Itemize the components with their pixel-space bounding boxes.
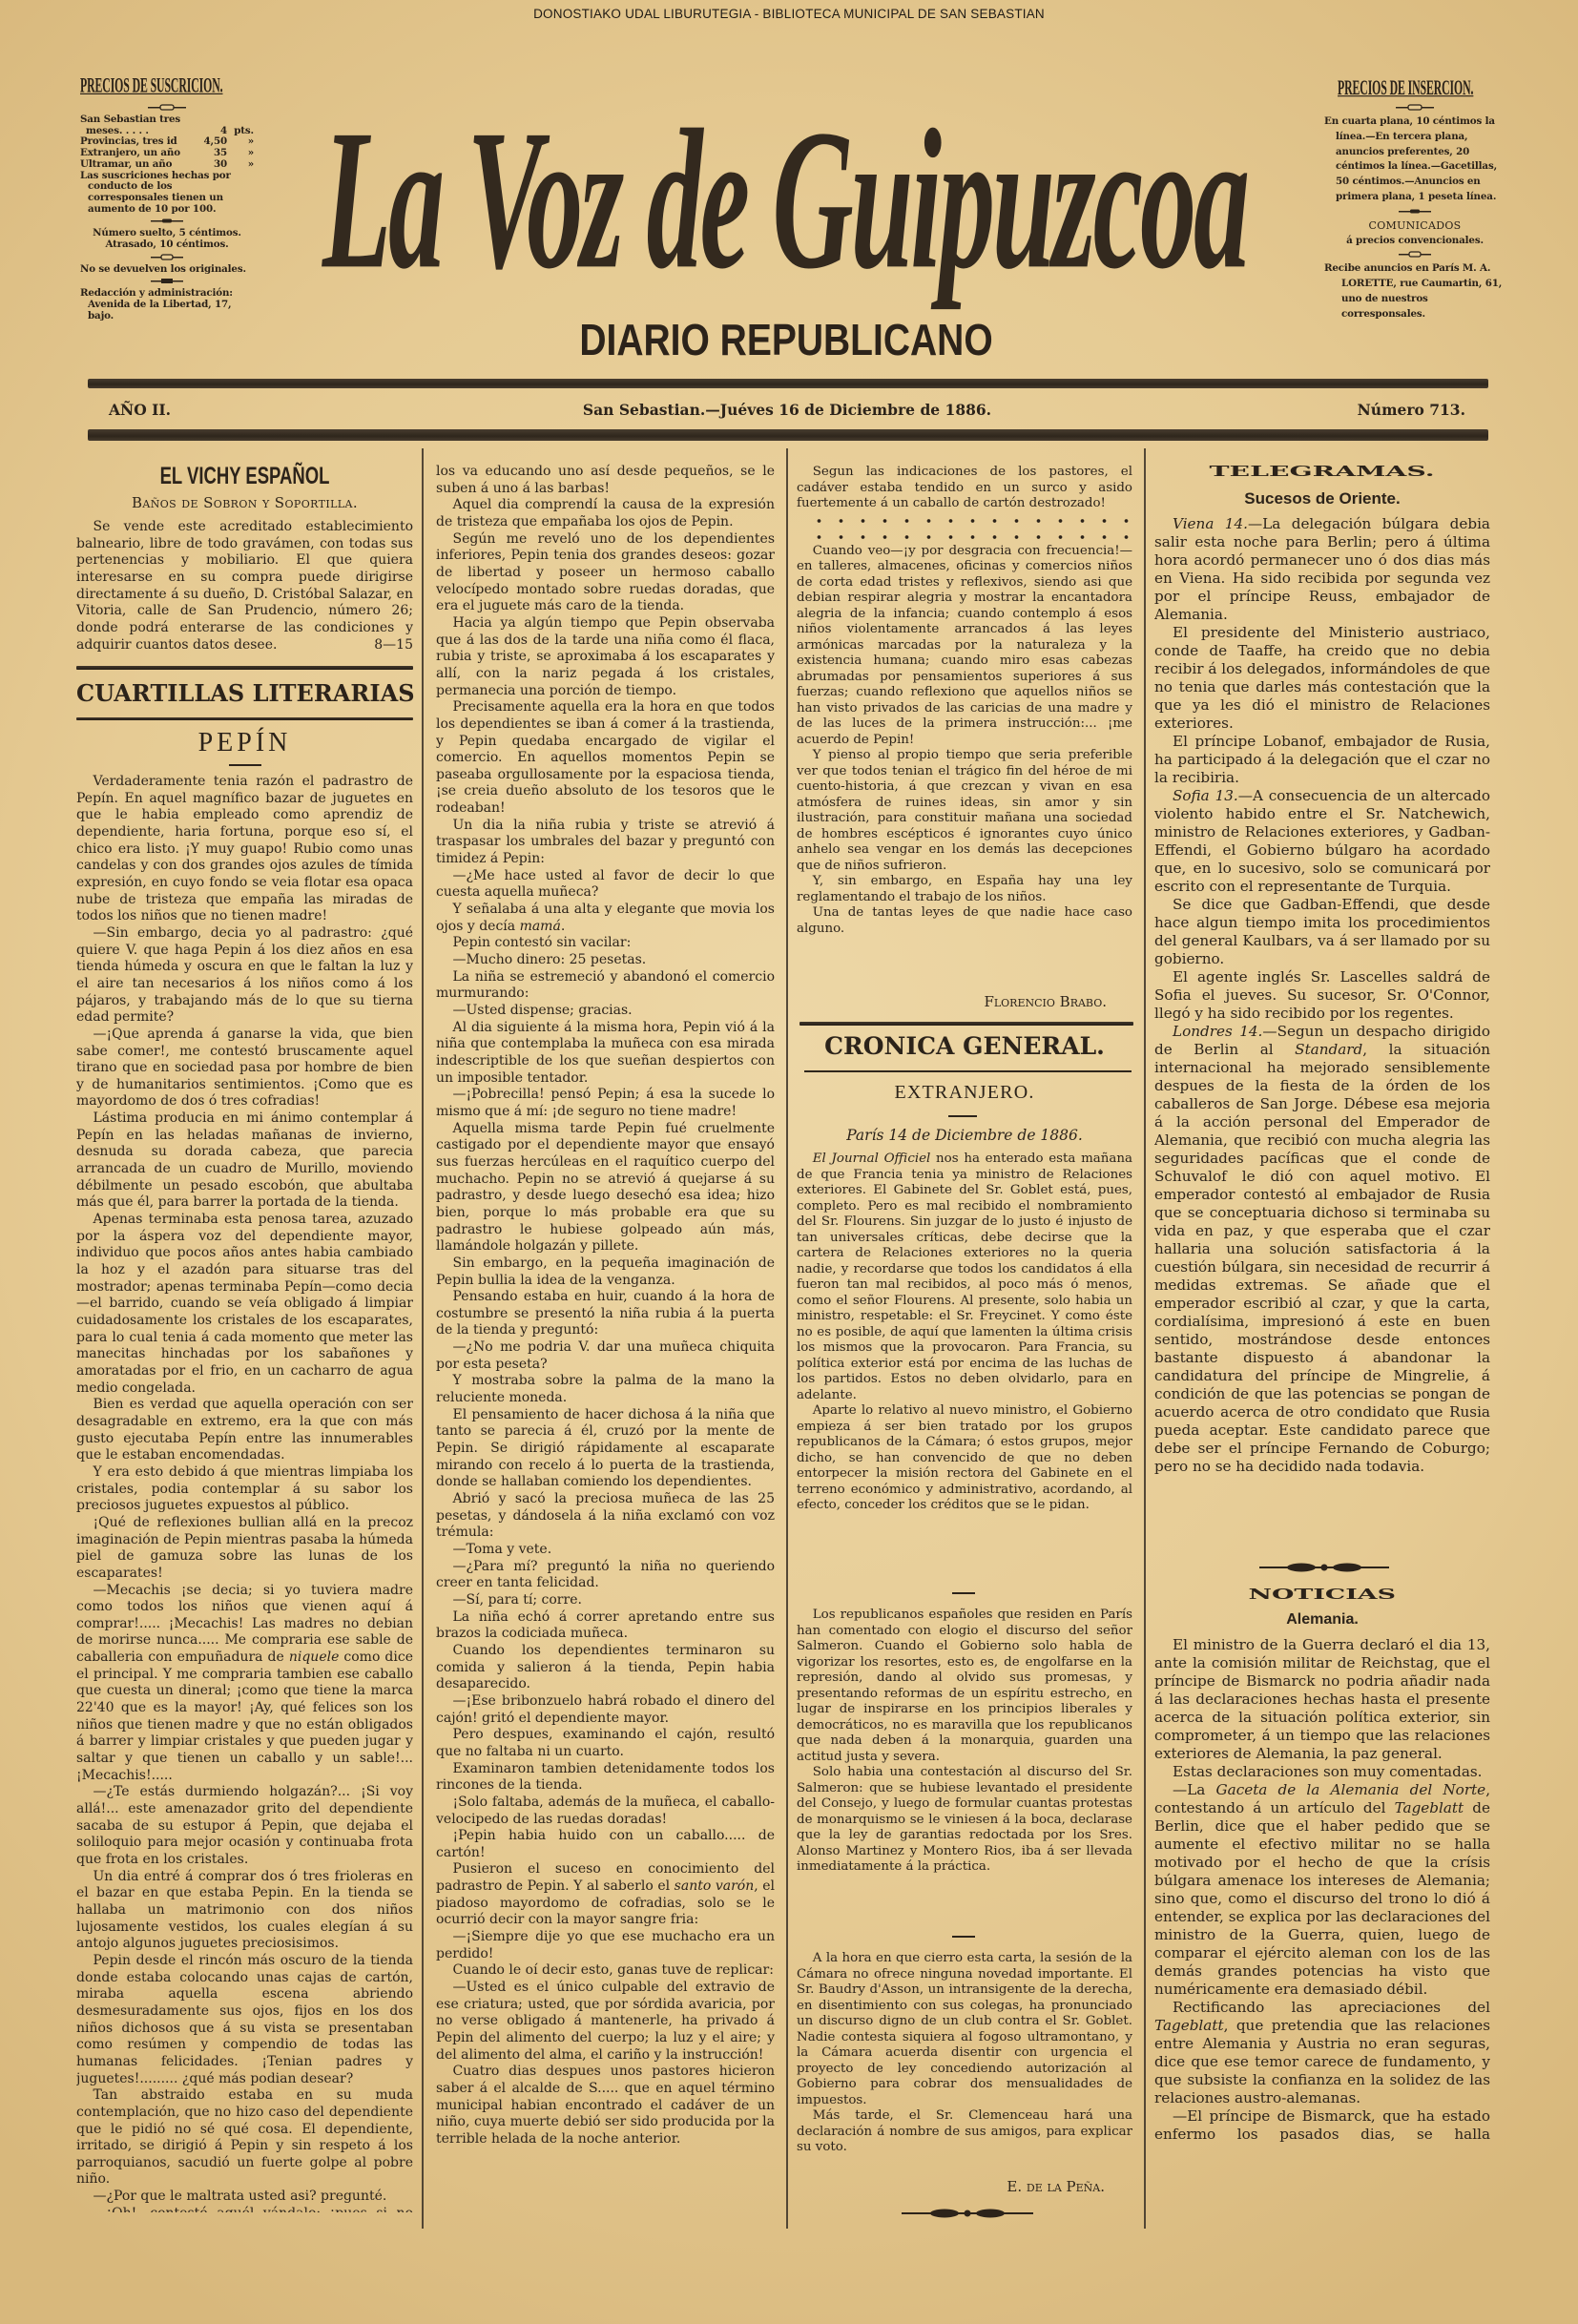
telegrams-body: Viena 14.—La delegación búlgara debia sa… (1154, 515, 1490, 1548)
newspaper-title: La Voz de Guipuzcoa (322, 99, 1247, 300)
paragraph: Pusieron el suceso en conocimiento del p… (436, 1861, 775, 1929)
paragraph: Cuando le oí decir esto, ganas tuve de r… (436, 1962, 775, 1980)
paragraph: Y señalaba á una alta y elegante que mov… (436, 902, 775, 935)
paragraph: El Journal Officiel nos ha enterado esta… (797, 1152, 1132, 1403)
back-issue-price: Atrasado, 10 céntimos. (80, 239, 254, 251)
subscription-note: Las suscriciones hechas por conducto de … (80, 171, 254, 216)
masthead-title-area: La Voz de Guipuzcoa (272, 93, 1298, 307)
news-body: El ministro de la Guerra declaró el dia … (1154, 1636, 1490, 2218)
paragraph: Viena 14.—La delegación búlgara debia sa… (1154, 515, 1490, 624)
italic-text: El Journal Officiel (813, 1152, 931, 1166)
rate-row: Ultramar, un año 30 » (80, 159, 254, 171)
italic-text: Tageblatt (1154, 2017, 1224, 2034)
dotted-separator (797, 512, 1132, 544)
paragraph: El pensamiento de hacer dichosa á la niñ… (436, 1407, 775, 1491)
news-heading: NOTICIAS (1154, 1587, 1490, 1603)
paragraph: Pepin contestó sin vacilar: (436, 935, 775, 952)
rate-unit: » (227, 159, 254, 171)
small-ornament-icon (148, 104, 186, 111)
paragraph: —¡Que aprenda á ganarse la vida, que bie… (76, 1027, 413, 1110)
paragraph: Abrió y sacó la preciosa muñeca de las 2… (436, 1491, 775, 1542)
cronica-part-2: Los republicanos españoles que residen e… (797, 1608, 1132, 1928)
place-and-date: San Sebastian.—Juéves 16 de Diciembre de… (534, 401, 1040, 420)
telegrams-subheading: Sucesos de Oriente. (1154, 489, 1490, 508)
paragraph: —Mecachis ¡se decia; si yo tuviera madre… (76, 1583, 413, 1785)
communiques-text: á precios convencionales. (1324, 234, 1505, 249)
paragraph: —Usted dispense; gracias. (436, 1003, 775, 1020)
telegrams-heading-text: TELEGRAMAS. (1210, 465, 1435, 480)
paragraph: El agente inglés Sr. Lascelles saldrá de… (1154, 968, 1490, 1023)
paris-agent-notice: Recibe anuncios en París M. A. LORETTE, … (1324, 261, 1505, 322)
paragraph: Más tarde, el Sr. Clemenceau hará una de… (797, 2108, 1132, 2156)
advert-title: EL VICHY ESPAÑOL (120, 464, 369, 488)
paragraph: Solo habia una contestación al discurso … (797, 1765, 1132, 1876)
story-column-3: Segun las indicaciones de los pastores, … (797, 465, 1132, 989)
insertion-prices-box: PRECIOS DE INSERCION. En cuarta plana, 1… (1324, 80, 1505, 322)
paragraph: Se dice que Gadban-Effendi, que desde ha… (1154, 896, 1490, 968)
rate-place: San Sebastian tres meses. . . . . (80, 114, 195, 136)
paragraph: —¿Me hace usted al favor de decir lo que… (436, 868, 775, 902)
paragraph: —Sin embargo, decia yo al padrastro: ¿qu… (76, 925, 413, 1027)
archive-credit: DONOSTIAKO UDAL LIBURUTEGIA - BIBLIOTECA… (0, 7, 1578, 21)
paragraph: Rectificando las apreciaciones del Tageb… (1154, 1999, 1490, 2107)
newspaper-subtitle: DIARIO REPUBLICANO (569, 319, 1004, 363)
advert-body: Se vende este acreditado establecimiento… (76, 519, 413, 654)
paragraph: Y era esto debido á que mientras limpiab… (76, 1464, 413, 1515)
paragraph: —¿No me podria V. dar una muñeca chiquit… (436, 1339, 775, 1373)
paragraph: A la hora en que cierro esta carta, la s… (797, 1951, 1132, 2108)
section-rule (76, 717, 413, 720)
small-ornament-icon (1399, 208, 1431, 215)
section-rule (804, 1070, 1132, 1072)
subscription-prices-box: PRECIOS DE SUSCRICION. San Sebastian tre… (80, 80, 254, 322)
italic-text: mamá (520, 919, 561, 934)
story-column-2: los va educando uno así desde pequeños, … (436, 464, 775, 2221)
italic-text: santo varón (675, 1878, 755, 1894)
paragraph: —¿Por que le maltrata usted asi? pregunt… (76, 2189, 413, 2206)
masthead-rule-bottom (88, 429, 1488, 441)
cronica-part-3: A la hora en que cierro esta carta, la s… (797, 1951, 1132, 2172)
small-ornament-icon (1399, 251, 1431, 258)
masthead-rule-top (88, 379, 1488, 388)
originals-notice: No se devuelven los originales. (80, 264, 254, 276)
correspondence-dateline: París 14 de Diciembre de 1886. (797, 1127, 1132, 1144)
paragraph: ¡Qué de reflexiones bullian allá en la p… (76, 1515, 413, 1583)
paragraph: Examinaron tambien detenidamente todos l… (436, 1761, 775, 1795)
rate-place: Ultramar, un año (80, 159, 195, 171)
small-ornament-icon (151, 278, 183, 284)
paragraph: Verdaderamente tenia razón el padrastro … (76, 774, 413, 925)
paragraph: Tan abstraido estaba en su muda contempl… (76, 2087, 413, 2189)
italic-text: Standard (1295, 1041, 1362, 1058)
section-rule (799, 1022, 1133, 1026)
paragraph: Una de tantas leyes de que nadie hace ca… (797, 905, 1132, 937)
paragraph: Apenas terminaba esta penosa tarea, azuz… (76, 1212, 413, 1397)
advert-subtitle: Baños de Sobron y Soportilla. (76, 494, 413, 511)
paragraph: Y pienso al propio tiempo que seria pref… (797, 748, 1132, 874)
office-address: Redacción y administración: Avenida de l… (80, 288, 254, 322)
advert-code: 8—15 (374, 637, 413, 654)
issue-number: Número 713. (1317, 401, 1465, 420)
rate-row: San Sebastian tres meses. . . . . 4 pts. (80, 114, 254, 136)
paragraph: Pensando estaba en huir, cuando á la hor… (436, 1289, 775, 1339)
paragraph: Cuatro dias despues unos pastores hicier… (436, 2064, 775, 2148)
paragraph: La niña se estremeció y abandonó el come… (436, 969, 775, 1003)
column-rule (1144, 448, 1146, 2229)
paragraph: ¡Pepin habia huido con un caballo..... d… (436, 1828, 775, 1861)
paragraph: —¡Pobrecilla! pensó Pepin; á esa la suce… (436, 1087, 775, 1120)
paragraph: —¡Ese bribonzuelo habrá robado el dinero… (436, 1693, 775, 1727)
paragraph: La niña echó á correr apretando entre su… (436, 1609, 775, 1643)
paragraph: —¿Te estás durmiendo holgazán?... ¡Si vo… (76, 1784, 413, 1868)
insertion-prices-title: PRECIOS DE INSERCION. (1338, 80, 1442, 104)
paragraph: Sin embargo, en la pequeña imaginación d… (436, 1255, 775, 1289)
story-epilogue: Cuando veo—¡y por desgracia con frecuenc… (797, 544, 1132, 938)
advert-paragraph: Se vende este acreditado establecimiento… (76, 519, 413, 654)
heading-dash (948, 1115, 977, 1117)
advert-text: Se vende este acreditado establecimiento… (76, 519, 413, 653)
paragraph: Hacia ya algún tiempo que Pepin observab… (436, 615, 775, 699)
story-ending: Segun las indicaciones de los pastores, … (797, 465, 1132, 512)
telegrams-heading: TELEGRAMAS. (1154, 465, 1490, 480)
paragraph-dash (952, 1592, 975, 1594)
column-rule (786, 448, 788, 2229)
paragraph: Cuando veo—¡y por desgracia con frecuenc… (797, 544, 1132, 749)
paragraph: Estas declaraciones son muy comentadas. (1154, 1763, 1490, 1781)
rate-price: 30 (195, 159, 227, 171)
paragraph: ¡Solo faltaba, además de la muñeca, el c… (436, 1795, 775, 1828)
paragraph: Precisamente aquella era la hora en que … (436, 699, 775, 818)
ornament-divider-icon (1259, 1562, 1389, 1573)
paragraph: Aquella misma tarde Pepin fué cruelmente… (436, 1121, 775, 1255)
paragraph: Aquel dia comprendí la causa de la expre… (436, 497, 775, 530)
ornament-divider-icon (902, 2208, 1033, 2219)
paragraph: —El príncipe de Bismarck, que ha estado … (1154, 2107, 1490, 2144)
paragraph: —Sí, para tí; corre. (436, 1592, 775, 1609)
paragraph: Cuando los dependientes terminaron su co… (436, 1643, 775, 1693)
column-rule (422, 448, 424, 2229)
italic-text: Viena 14. (1173, 515, 1248, 532)
small-ornament-icon (151, 218, 183, 224)
cronica-author: E. de la Peña. (797, 2178, 1105, 2195)
paragraph: —Usted es el único culpable del extravio… (436, 1980, 775, 2064)
news-heading-text: NOTICIAS (1249, 1587, 1397, 1603)
communiques-title: COMUNICADOS (1324, 218, 1505, 234)
small-ornament-icon (1396, 104, 1434, 111)
section-rule (76, 666, 413, 670)
paragraph: Londres 14.—Segun un despacho dirigido d… (1154, 1023, 1490, 1476)
insertion-rates: En cuarta plana, 10 céntimos la línea.—E… (1324, 114, 1505, 205)
literary-section-heading: CUARTILLAS LITERARIAS (76, 680, 413, 707)
cronica-part-1: El Journal Officiel nos ha enterado esta… (797, 1152, 1132, 1586)
paragraph: Lástima producia en mi ánimo contemplar … (76, 1110, 413, 1212)
subscription-prices-title: PRECIOS DE SUSCRICION. (80, 80, 188, 104)
volume-year: AÑO II. (109, 401, 171, 420)
italic-text: niquele (289, 1650, 340, 1665)
paragraph: Pepin desde el rincón más oscuro de la t… (76, 1953, 413, 2087)
italic-text: Tageblatt (1395, 1799, 1464, 1816)
paragraph: Sofia 13.—A consecuencia de un altercado… (1154, 787, 1490, 896)
paragraph: Un dia la niña rubia y triste se atrevió… (436, 818, 775, 868)
paragraph: Un dia entré á comprar dos ó tres friole… (76, 1869, 413, 1953)
story-title: PEPÍN (76, 729, 413, 757)
paragraph-dash (952, 1936, 975, 1938)
paragraph: El ministro de la Guerra declaró el dia … (1154, 1636, 1490, 1763)
small-ornament-icon (151, 254, 183, 260)
italic-text: Sofia 13. (1173, 787, 1238, 804)
paragraph: —La Gaceta de la Alemania del Norte, con… (1154, 1781, 1490, 1999)
newspaper-page: DONOSTIAKO UDAL LIBURUTEGIA - BIBLIOTECA… (0, 0, 1578, 2324)
cronica-section-heading: CRONICA GENERAL. (797, 1033, 1132, 1060)
paragraph: Los republicanos españoles que residen e… (797, 1608, 1132, 1765)
paragraph: El príncipe Lobanof, embajador de Rusia,… (1154, 733, 1490, 787)
italic-text: Londres 14. (1173, 1023, 1262, 1040)
news-subheading: Alemania. (1154, 1610, 1490, 1629)
paragraph: —¿Para mí? preguntó la niña no queriendo… (436, 1559, 775, 1592)
paragraph: Al dia siguiente á la misma hora, Pepin … (436, 1020, 775, 1088)
italic-text: Gaceta de la Alemania del Norte (1216, 1781, 1486, 1798)
paragraph: Y, sin embargo, en España hay una ley re… (797, 874, 1132, 905)
paragraph: Aparte lo relativo al nuevo ministro, el… (797, 1403, 1132, 1514)
story-column-1: Verdaderamente tenia razón el padrastro … (76, 774, 413, 2212)
paragraph: Y mostraba sobre la palma de la mano la … (436, 1373, 775, 1406)
title-dash (229, 764, 261, 766)
story-author: Florencio Brabo. (797, 993, 1107, 1010)
paragraph: —¡Oh!, contestó aquél vándalo; ¡pues si … (76, 2206, 413, 2212)
paragraph: Según me reveló uno de los dependientes … (436, 531, 775, 615)
paragraph: —Toma y vete. (436, 1542, 775, 1559)
foreign-news-heading: EXTRANJERO. (797, 1082, 1132, 1103)
paragraph: —Mucho dinero: 25 pesetas. (436, 952, 775, 969)
paragraph: Segun las indicaciones de los pastores, … (797, 465, 1132, 512)
paragraph: —¡Siempre dije yo que ese muchacho era u… (436, 1929, 775, 1962)
paragraph: los va educando uno así desde pequeños, … (436, 464, 775, 497)
paragraph: Pero despues, examinando el cajón, resul… (436, 1727, 775, 1760)
paragraph: Bien es verdad que aquella operación con… (76, 1397, 413, 1464)
paragraph: El presidente del Ministerio austriaco, … (1154, 624, 1490, 733)
